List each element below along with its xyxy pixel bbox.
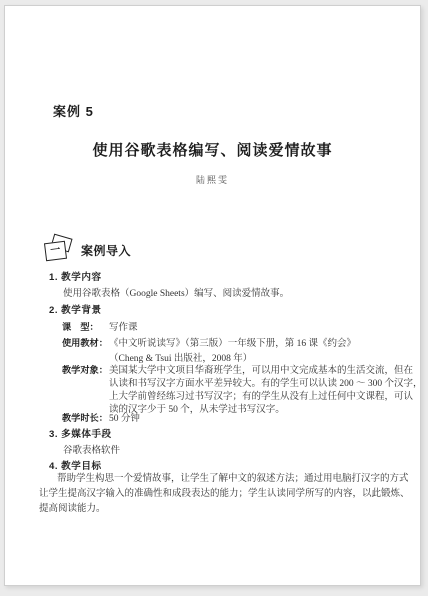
item3-heading: 3. 多媒体手段: [49, 426, 112, 440]
goals-line1: 帮助学生构思一个爱情故事，让学生了解中文的叙述方法；通过用电脑打汉字的方式: [39, 472, 395, 487]
stacked-cards-icon: 一: [45, 236, 72, 264]
goals-line3: 提高阅读能力。: [39, 502, 395, 517]
item3-body: 谷歌表格软件: [63, 442, 120, 456]
item1-heading: 1. 教学内容: [49, 269, 102, 283]
goals-line2: 让学生提高汉字输入的准确性和成段表达的能力；学生认读同学所写的内容，以此锻炼、: [39, 487, 395, 502]
section-header-label: 案例导入: [81, 242, 131, 259]
students-label: 教学对象：: [62, 362, 108, 376]
screenshot-root: { "page": { "case_label": "案例 5", "title…: [0, 0, 428, 596]
section-header: 一 案例导入: [45, 234, 131, 266]
goals-paragraph: 帮助学生构思一个爱情故事，让学生了解中文的叙述方法；通过用电脑打汉字的方式 让学…: [39, 472, 395, 517]
duration-label: 教学时长：: [62, 410, 108, 424]
duration-value: 50 分钟: [109, 410, 140, 424]
item1-body: 使用谷歌表格（Google Sheets）编写、阅读爱情故事。: [63, 285, 289, 299]
students-line3: 上大学前曾经练习过书写汉字；有的学生从没有上过任何中文课程，可认: [109, 388, 413, 402]
author-name: 陆熙雯: [5, 173, 420, 186]
card-front-shape: 一: [44, 241, 67, 261]
students-line1: 美国某大学中文项目华裔班学生，可以用中文完成基本的生活交流，但在: [109, 362, 413, 376]
material-line1: 《中文听说读写》（第三版）一年级下册，第 16 课《约会》: [109, 335, 356, 349]
document-page: 案例 5 使用谷歌表格编写、阅读爱情故事 陆熙雯 一 案例导入 1. 教学内容 …: [4, 5, 421, 586]
case-number-label: 案例 5: [53, 101, 94, 120]
students-line2: 认读和书写汉字方面水平差异较大。有的学生可以认读 200 ～ 300 个汉字，: [109, 375, 423, 389]
page-title: 使用谷歌表格编写、阅读爱情故事: [5, 139, 420, 160]
course-type-value: 写作课: [109, 319, 138, 333]
item2-heading: 2. 教学背景: [49, 302, 102, 316]
material-label: 使用教材：: [62, 335, 108, 349]
item4-heading: 4. 教学目标: [49, 458, 102, 472]
course-type-label: 课 型：: [62, 319, 99, 333]
